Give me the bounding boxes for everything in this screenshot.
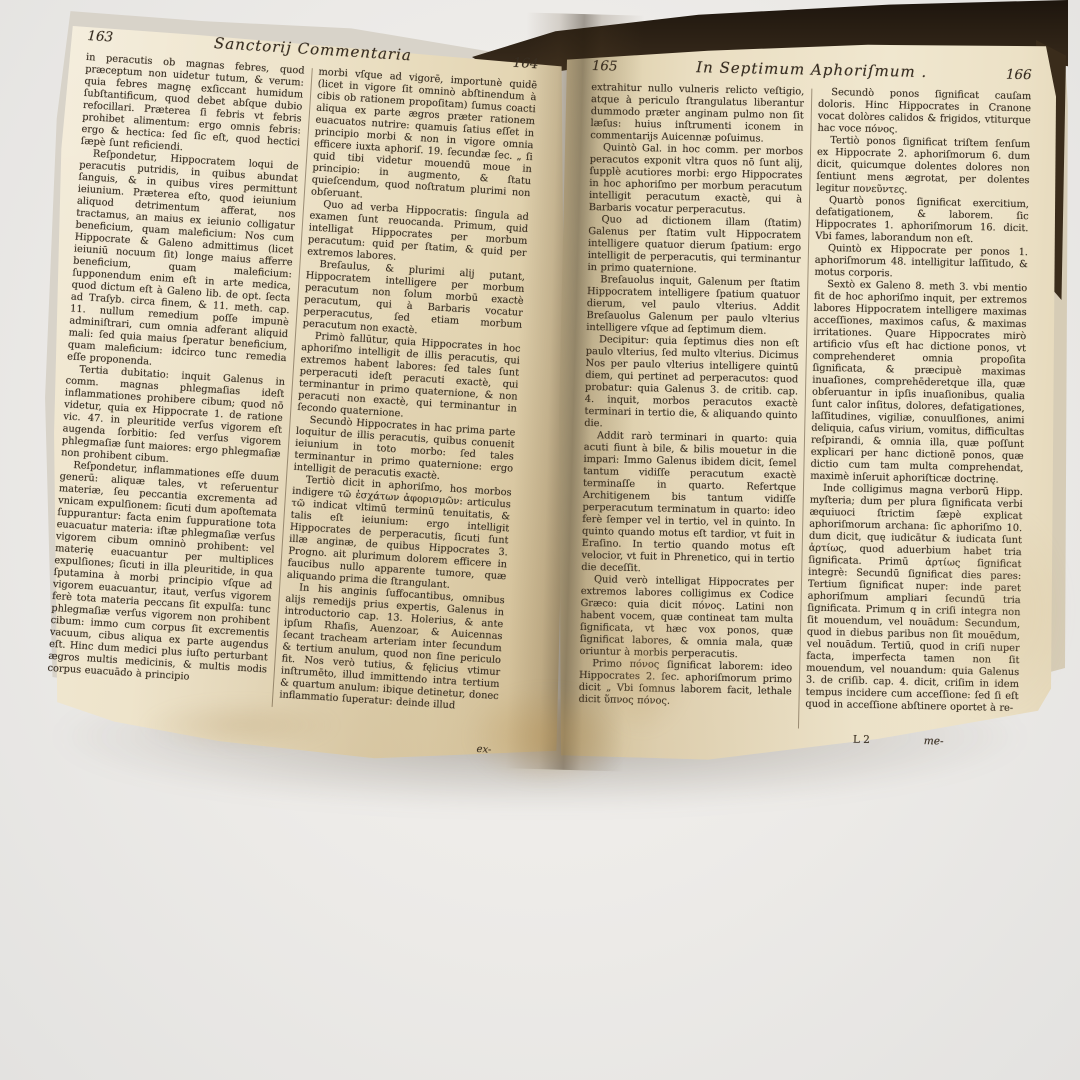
paragraph: Quo ad dictionem illam (ſtatim) Galenus … (587, 214, 801, 278)
right-page-column-2: Secundò ponos ſignificat cauſam doloris.… (805, 87, 1031, 735)
paragraph: Primo πόνος ſignificat laborem: ideo Hip… (578, 658, 792, 710)
page-number-164: 164 (474, 52, 539, 72)
left-page-column-2: morbi vſque ad vigorē, importunè quidē (… (278, 67, 537, 723)
catchword: ex- (476, 744, 491, 756)
paragraph: Tertiò dicit in aphoriſmo, hos morbos in… (287, 474, 512, 596)
page-number-166: 166 (968, 66, 1032, 83)
paragraph: Primò fallūtur, quia Hippocrates in hoc … (297, 330, 521, 428)
right-page-columns: extrahitur nullo vulneris relicto veſtig… (578, 82, 1031, 735)
signature-mark: L 2 (853, 734, 870, 746)
paragraph: Sextò ex Galeno 8. meth 3. vbi mentio fi… (810, 279, 1027, 487)
left-page: 163 Sanctorij Commentaria 164 in peracut… (46, 26, 539, 723)
paragraph: Inde colligimus magna verborū Hipp. myſt… (805, 483, 1023, 715)
paragraph: Quintò ex Hippocrate per ponos 1. aphori… (814, 243, 1028, 283)
paragraph: Tertiò ponos ſignificat triſtem ſenſum e… (816, 135, 1030, 199)
catchword: me- (924, 735, 944, 747)
left-page-columns: in peracutis ob magnas febres, quod præc… (46, 52, 538, 723)
paragraph: Reſpondetur, inflammationes eſſe duum ge… (47, 459, 279, 688)
paragraph: Decipitur: quia ſeptimus dies non eſt pa… (584, 334, 799, 434)
paragraph: Breſauolus inquit, Galenum per ſtatim Hi… (586, 274, 800, 338)
right-page: 165 In Septimum Aphoriſmum . 166 extrahi… (578, 56, 1032, 735)
paragraph: Tertia dubitatio: inquit Galenus in comm… (61, 363, 286, 473)
paragraph: Quartò ponos ſignificat exercitium, defa… (815, 195, 1029, 247)
paragraph: extrahitur nullo vulneris relicto veſtig… (590, 82, 804, 146)
book-photo: 163 Sanctorij Commentaria 164 in peracut… (0, 0, 1080, 1080)
paragraph: Breſaulus, & plurimi alij putant, Hippoc… (302, 258, 525, 344)
paragraph: morbi vſque ad vigorē, importunè quidē (… (311, 67, 538, 212)
paragraph: in peracutis ob magnas febres, quod præc… (80, 52, 305, 162)
paragraph: Secundò ponos ſignificat cauſam doloris.… (817, 87, 1031, 139)
paragraph: Addit rarò terminari in quarto: quia acu… (581, 430, 797, 578)
page-number-165: 165 (592, 58, 656, 75)
paragraph: Quid verò intelligat Hippocrates per ext… (579, 574, 794, 662)
right-page-column-1: extrahitur nullo vulneris relicto veſtig… (578, 82, 804, 730)
paragraph: Reſpondetur, Hippocratem loqui de peracu… (67, 148, 299, 377)
page-number-163: 163 (87, 28, 152, 48)
left-page-column-1: in peracutis ob magnas febres, quod præc… (46, 52, 305, 708)
paragraph: Quintò Gal. in hoc comm. per morbos pera… (589, 142, 803, 218)
paragraph: In his anginis ſuffocantibus, omnibus al… (279, 582, 505, 716)
